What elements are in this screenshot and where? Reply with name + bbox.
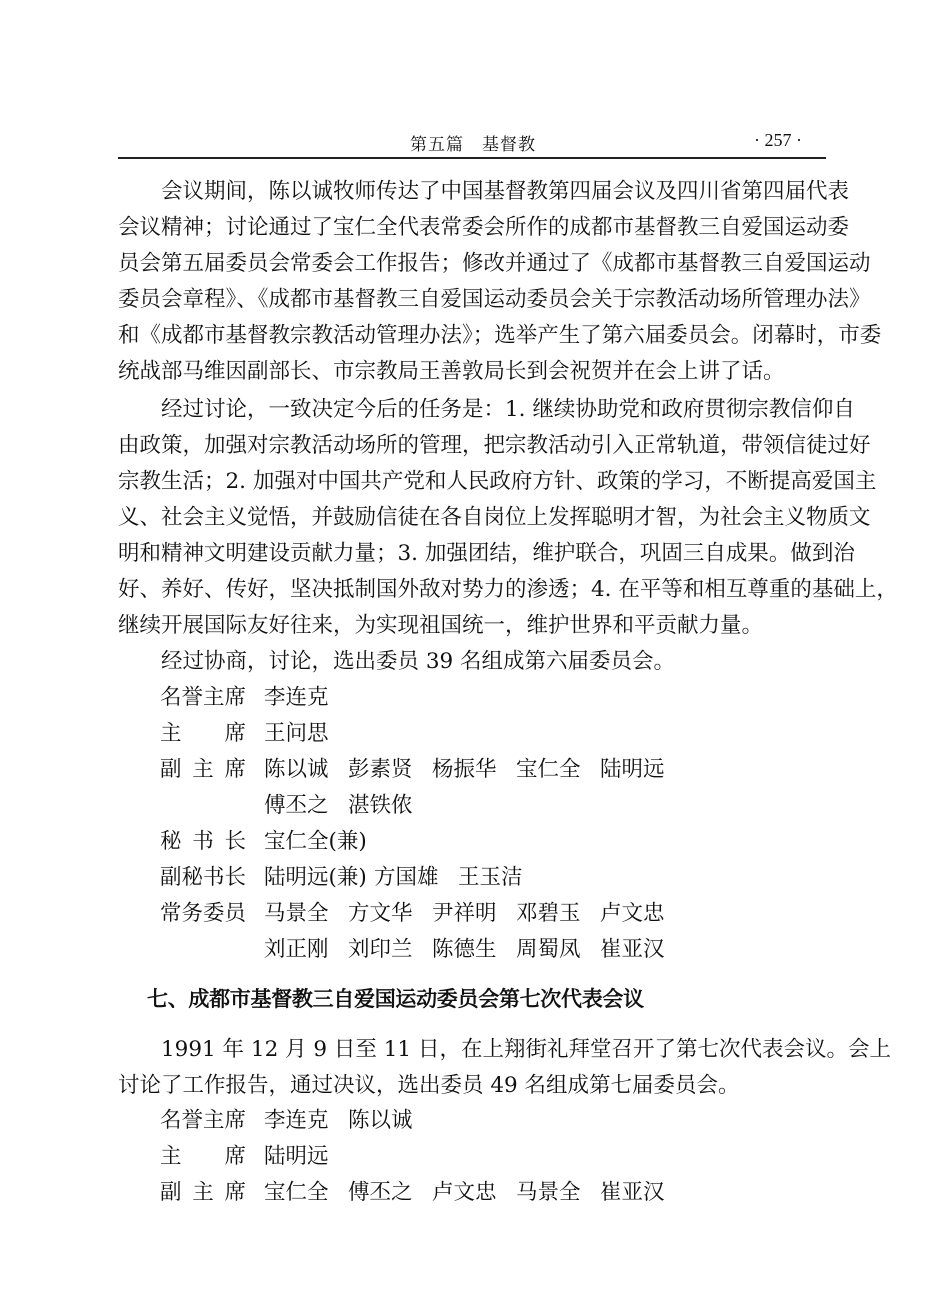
member-name: 方国雄 bbox=[374, 860, 439, 896]
page-number: · 257 · bbox=[754, 130, 802, 151]
member-name: 王玉洁 bbox=[458, 860, 523, 896]
text-line: 委员会章程》、《成都市基督教三自爱国运动委员会关于宗教活动场所管理办法》 bbox=[118, 282, 830, 318]
role-label: 名誉主席 bbox=[160, 1103, 246, 1139]
member-name: 马景全 bbox=[264, 896, 329, 932]
text-line: 和《成都市基督教宗教活动管理办法》；选举产生了第六届委员会。闭幕时，市委 bbox=[118, 318, 830, 354]
role-label: 常务委员 bbox=[160, 896, 246, 932]
member-name: 马景全 bbox=[516, 1175, 581, 1211]
role-label: 秘书长 bbox=[160, 824, 246, 860]
role-label: 名誉主席 bbox=[160, 680, 246, 716]
member-name: 李连克 bbox=[264, 1103, 329, 1139]
member-name: 尹祥明 bbox=[432, 896, 497, 932]
text-line: 继续开展国际友好往来，为实现祖国统一，维护世界和平贡献力量。 bbox=[118, 608, 830, 644]
text-line: 会议精神；讨论通过了宝仁全代表常委会所作的成都市基督教三自爱国运动委 bbox=[118, 210, 830, 246]
section-heading: 七、成都市基督教三自爱国运动委员会第七次代表会议 bbox=[147, 983, 644, 1013]
member-name: 邓碧玉 bbox=[516, 896, 581, 932]
text-line: 讨论了工作报告，通过决议，选出委员 49 名组成第七届委员会。 bbox=[118, 1068, 830, 1104]
text-line: 会议期间，陈以诚牧师传达了中国基督教第四届会议及四川省第四届代表 bbox=[118, 174, 830, 210]
role-label: 主席 bbox=[160, 716, 246, 752]
header-rule bbox=[118, 157, 826, 159]
text-line: 1991 年 12 月 9 日至 11 日，在上翔街礼拜堂召开了第七次代表会议。… bbox=[118, 1032, 830, 1068]
text-line: 统战部马维因副部长、市宗教局王善敦局长到会祝贺并在会上讲了话。 bbox=[118, 354, 830, 390]
member-name: 杨振华 bbox=[432, 752, 497, 788]
text-line: 由政策，加强对宗教活动场所的管理，把宗教活动引入正常轨道，带领信徒过好 bbox=[118, 428, 830, 464]
member-name: 傅丕之 bbox=[264, 788, 329, 824]
text-line: 经过讨论，一致决定今后的任务是：1. 继续协助党和政府贯彻宗教信仰自 bbox=[118, 392, 830, 428]
member-name: 崔亚汉 bbox=[600, 1175, 665, 1211]
member-name: 陈德生 bbox=[432, 932, 497, 968]
role-label: 副主席 bbox=[160, 1175, 246, 1211]
member-name: 周蜀凤 bbox=[516, 932, 581, 968]
member-name: 宝仁全(兼) bbox=[264, 824, 367, 860]
paragraph-7th-meeting: 1991 年 12 月 9 日至 11 日，在上翔街礼拜堂召开了第七次代表会议。… bbox=[118, 1032, 830, 1104]
text-line: 义、社会主义觉悟，并鼓励信徒在各自岗位上发挥聪明才智，为社会主义物质文 bbox=[118, 500, 830, 536]
text-line: 员会第五届委员会常委会工作报告；修改并通过了《成都市基督教三自爱国运动 bbox=[118, 246, 830, 282]
member-name: 宝仁全 bbox=[516, 752, 581, 788]
member-name: 刘印兰 bbox=[348, 932, 413, 968]
text-line: 经过协商，讨论，选出委员 39 名组成第六届委员会。 bbox=[118, 644, 830, 680]
member-name: 宝仁全 bbox=[264, 1175, 329, 1211]
text-line: 明和精神文明建设贡献力量；3. 加强团结，维护联合，巩固三自成果。做到治 bbox=[118, 536, 830, 572]
paragraph-tasks: 经过讨论，一致决定今后的任务是：1. 继续协助党和政府贯彻宗教信仰自 由政策，加… bbox=[118, 392, 830, 644]
role-label: 副秘书长 bbox=[160, 860, 246, 896]
member-name: 卢文忠 bbox=[600, 896, 665, 932]
member-name: 彭素贤 bbox=[348, 752, 413, 788]
text-line: 好、养好、传好，坚决抵制国外敌对势力的渗透；4. 在平等和相互尊重的基础上， bbox=[118, 572, 830, 608]
document-page: 第五篇 基督教 · 257 · 会议期间，陈以诚牧师传达了中国基督教第四届会议及… bbox=[0, 0, 936, 1310]
paragraph-election-6th: 经过协商，讨论，选出委员 39 名组成第六届委员会。 bbox=[118, 644, 830, 680]
member-name: 卢文忠 bbox=[432, 1175, 497, 1211]
member-name: 陆明远 bbox=[264, 1139, 329, 1175]
paragraph-meeting-summary: 会议期间，陈以诚牧师传达了中国基督教第四届会议及四川省第四届代表 会议精神；讨论… bbox=[118, 174, 830, 390]
member-name: 陈以诚 bbox=[264, 752, 329, 788]
text-line: 宗教生活；2. 加强对中国共产党和人民政府方针、政策的学习，不断提高爱国主 bbox=[118, 464, 830, 500]
role-label: 主席 bbox=[160, 1139, 246, 1175]
member-name: 李连克 bbox=[264, 680, 329, 716]
member-name: 陈以诚 bbox=[348, 1103, 413, 1139]
member-name: 陆明远(兼) bbox=[264, 860, 367, 896]
member-name: 刘正刚 bbox=[264, 932, 329, 968]
member-name: 陆明远 bbox=[600, 752, 665, 788]
member-name: 湛铁侬 bbox=[348, 788, 413, 824]
member-name: 傅丕之 bbox=[348, 1175, 413, 1211]
member-name: 方文华 bbox=[348, 896, 413, 932]
member-name: 崔亚汉 bbox=[600, 932, 665, 968]
running-header: 第五篇 基督教 · 257 · bbox=[118, 128, 826, 158]
member-name: 王问思 bbox=[264, 716, 329, 752]
role-label: 副主席 bbox=[160, 752, 246, 788]
section-title: 第五篇 基督教 bbox=[410, 130, 536, 155]
